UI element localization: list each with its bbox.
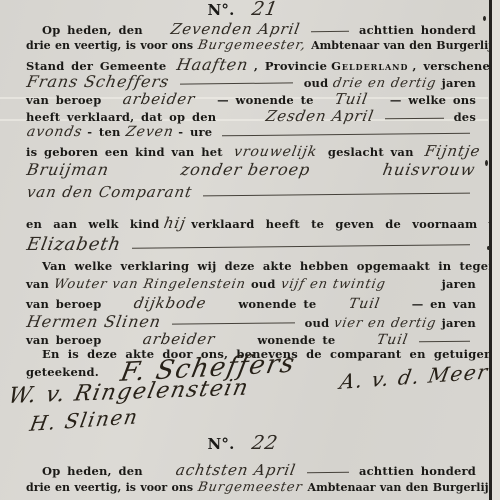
printed-text: - ure (178, 125, 212, 139)
printed-text: Op heden, den (42, 464, 143, 478)
record-21-line-birthdate: heeft verklaard, dat op denZesden Aprild… (24, 107, 478, 125)
handwritten-text: Tuil (376, 332, 410, 348)
record-21-line-mother-2: van den Comparant (24, 183, 478, 201)
printed-text: geslacht van (328, 145, 414, 159)
ink-speck (487, 246, 490, 250)
handwritten-text: vrouwelijk (232, 144, 318, 160)
handwritten-text: Bruijman (25, 160, 110, 179)
record-22-number: N°.22 (0, 432, 486, 454)
handwritten-text: dijkbode (132, 294, 208, 312)
printed-text: wonende te (257, 333, 335, 347)
handwritten-text: van den Comparant (25, 183, 193, 201)
ink-speck (483, 16, 486, 21)
handwritten-text: Wouter van Ringelenstein (53, 277, 247, 292)
ink-rule (385, 117, 444, 119)
printed-text: wonende te (238, 297, 316, 311)
handwritten-text: Hermen Slinen (25, 312, 162, 331)
handwritten-text: 22 (250, 432, 280, 454)
handwritten-text: vijf en twintig (279, 277, 386, 292)
handwritten-text: drie en dertig (332, 76, 438, 91)
ink-rule (222, 132, 470, 136)
record-21-line-witness-1: vanWouter van Ringelensteinoudvijf en tw… (24, 277, 478, 292)
handwritten-text: huisvrouw (381, 160, 477, 179)
ink-rule (132, 244, 470, 249)
handwritten-text: Elizabeth (25, 234, 123, 255)
record-21-line-witness-intro: Van welke verklaring wij deze akte hebbe… (24, 259, 478, 273)
record-21-line-birthtime: avonds- tenZeven- ure (24, 124, 478, 140)
handwritten-text: achtsten April (174, 461, 297, 479)
record-22-line-opening-2: drie en veertig, is voor onsBurgemeester… (24, 480, 478, 495)
printed-text: drie en veertig, is voor ons (26, 39, 193, 52)
printed-text: N°. (207, 1, 234, 19)
printed-text: Op heden, den (42, 23, 143, 37)
record-21-line-witness-2: Hermen Slinenoudvier en dertigjaren (24, 312, 478, 331)
printed-text: — wonende te (217, 93, 314, 107)
printed-text: geteekend. (26, 365, 99, 379)
printed-text: oud (304, 76, 329, 90)
handwritten-text: Burgemeester (197, 480, 304, 495)
handwritten-text: Frans Scheffers (25, 72, 171, 91)
printed-text: is geboren een kind van het (26, 145, 223, 159)
ink-speck (485, 160, 488, 166)
printed-text: van (26, 277, 49, 291)
printed-text: N°. (207, 435, 234, 453)
record-21-line-mother: Bruijmanzonder beroephuisvrouw (24, 160, 478, 179)
printed-text: , Provincie (254, 59, 327, 73)
ink-rule (419, 340, 470, 342)
record-21-line-childname: Elizabeth (24, 234, 478, 255)
handwritten-text: 21 (250, 0, 280, 20)
printed-text: jaren (442, 316, 476, 330)
handwritten-text: Zevenden April (170, 20, 302, 38)
handwritten-text: hij (163, 214, 188, 232)
record-21-line-witness-2b: van beroeparbeiderwonende teTuil (24, 330, 478, 348)
handwritten-text: Fijntje (423, 142, 482, 160)
record-21-line-opening-2: drie en veertig, is voor onsBurgemeester… (24, 38, 478, 53)
handwritten-text: Tuil (347, 296, 381, 312)
handwritten-text: Burgemeester, (197, 38, 308, 53)
printed-smallcaps-text: Gelderland (331, 59, 408, 73)
printed-text: van beroep (26, 297, 101, 311)
record-21-line-opening-1: Op heden, denZevenden Aprilachttien hond… (24, 20, 478, 38)
printed-text: drie en veertig, is voor ons (26, 481, 193, 494)
printed-text: jaren (442, 76, 476, 90)
handwritten-text: Zeven (124, 124, 175, 140)
printed-text: Stand der Gemeente (26, 59, 166, 73)
printed-text: Ambtenaar van den Burgerlijken (311, 39, 500, 52)
printed-text: en aan welk kind (26, 217, 159, 231)
record-21-number: N°.21 (0, 0, 486, 20)
printed-text: heeft verklaard, dat op den (26, 110, 216, 124)
record-21-line-declarant-2: van beroeparbeider— wonende teTuil— welk… (24, 90, 478, 108)
printed-text: achttien honderd (359, 464, 476, 478)
record-21-line-naming: en aan welk kindhijverklaard heeft te ge… (24, 214, 478, 232)
handwritten-text: avonds (26, 124, 84, 140)
printed-text: — welke ons (390, 93, 476, 107)
ink-rule (307, 471, 349, 472)
printed-text: van beroep (26, 93, 101, 107)
printed-text: verklaard heeft te geven de voornaam van (191, 217, 500, 231)
printed-text: van beroep (26, 333, 101, 347)
printed-text: Ambtenaar van den Burgerlijken (308, 481, 500, 494)
ink-rule (172, 322, 295, 324)
printed-text: Van welke verklaring wij deze akte hebbe… (42, 259, 500, 273)
printed-text: jaren (442, 277, 476, 291)
ink-rule (180, 82, 293, 84)
printed-text: — en van (412, 297, 476, 311)
ink-rule (311, 30, 349, 31)
handwritten-text: arbeider (142, 330, 217, 348)
printed-text: oud (251, 277, 276, 291)
handwritten-text: arbeider (122, 90, 197, 108)
handwritten-text: Tuil (334, 90, 370, 108)
record-22-line-opening-1: Op heden, denachtsten Aprilachttien hond… (24, 461, 478, 479)
binding-edge-line (489, 0, 492, 500)
printed-text: , verschenen (412, 59, 498, 73)
record-21-line-declarant: Frans Scheffersouddrie en dertigjaren (24, 72, 478, 91)
printed-text: achttien honderd (359, 23, 476, 37)
record-21-line-child-sex: is geboren een kind van hetvrouwelijkges… (24, 142, 478, 160)
ink-rule (203, 192, 470, 196)
printed-text: des (454, 110, 476, 124)
handwritten-text: vier en dertig (333, 316, 438, 331)
handwritten-text: zonder beroep (180, 160, 313, 179)
printed-text: oud (305, 316, 330, 330)
document-page: N°.21Op heden, denZevenden Aprilachttien… (0, 0, 500, 500)
printed-text: - ten (87, 125, 120, 139)
record-21-line-witness-1b: van beroepdijkbodewonende teTuil— en van (24, 294, 478, 312)
page-margin-strip (492, 0, 500, 500)
handwritten-text: Zesden April (264, 107, 375, 125)
